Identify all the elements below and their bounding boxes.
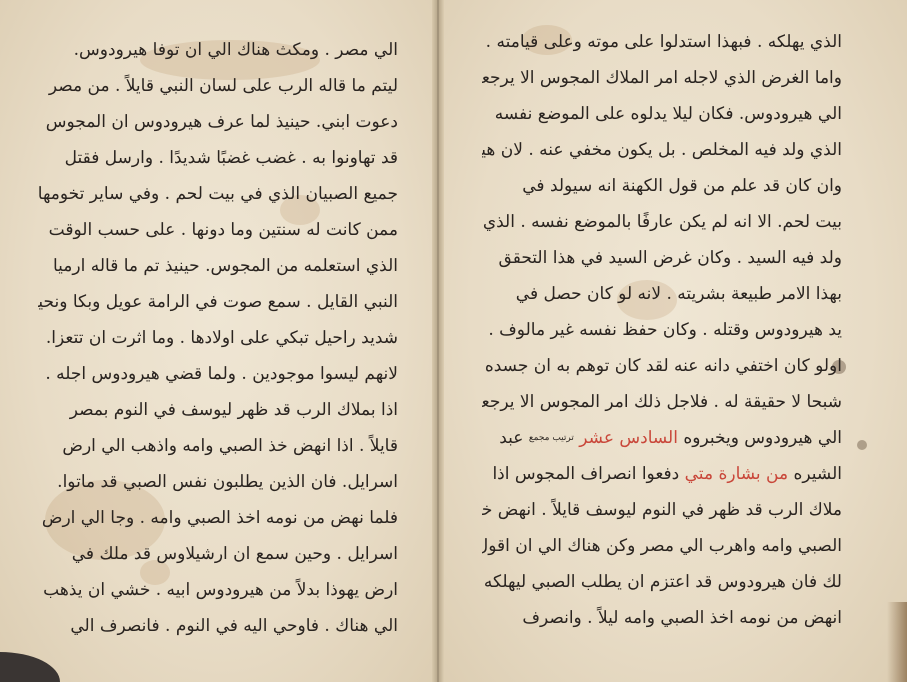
folio-edge: [887, 602, 907, 682]
text-line: ليتم ما قاله الرب على لسان النبي قايلاً …: [38, 68, 398, 104]
text-line: فلما نهض من نومه اخذ الصبي وامه . وجا ال…: [38, 500, 398, 536]
text-line: الذي استعلمه من المجوس. حينيذ تم ما قاله…: [38, 248, 398, 284]
manuscript-spread: الي مصر . ومكث هناك الي ان توفا هيرودوس.…: [0, 0, 907, 682]
text-line: الصبي وامه واهرب الي مصر وكن هناك الي ان…: [482, 528, 842, 564]
page-corner: [0, 652, 60, 682]
text-line: انهض من نومه اخذ الصبي وامه ليلاً . وانص…: [482, 600, 842, 636]
text-line: اسرايل. فان الذين يطلبون نفس الصبي قد ما…: [38, 464, 398, 500]
text-line: شديد راحيل تبكي على اولادها . وما اثرت ا…: [38, 320, 398, 356]
text-line: ممن كانت له سنتين وما دونها . على حسب ال…: [38, 212, 398, 248]
rubric-heading: السادس عشر: [579, 428, 678, 448]
rubric-line: الشيره من بشارة متي دفعوا انصراف المجوس …: [482, 456, 842, 492]
text-segment: عبد: [499, 428, 523, 448]
text-line: وان كان قد علم من قول الكهنة انه سيولد ف…: [482, 168, 842, 204]
text-line: قايلاً . اذا انهض خذ الصبي وامه واذهب ال…: [38, 428, 398, 464]
text-line: الذي ولد فيه المخلص . بل يكون مخفي عنه .…: [482, 132, 842, 168]
text-line: قد تهاونوا به . غضب غضبًا شديدًا . وارسل…: [38, 140, 398, 176]
text-segment: دفعوا انصراف المجوس اذا: [492, 464, 679, 484]
text-segment: الي هيرودوس ويخبروه: [683, 428, 842, 448]
text-line: بهذا الامر طبيعة بشريته . لانه لو كان حص…: [482, 276, 842, 312]
text-line: الي مصر . ومكث هناك الي ان توفا هيرودوس.: [38, 32, 398, 68]
text-line: جميع الصبيان الذي في بيت لحم . وفي ساير …: [38, 176, 398, 212]
rubric-source: من بشارة متي: [685, 464, 788, 484]
text-line: اولو كان اختفي دانه عنه لقد كان توهم به …: [482, 348, 842, 384]
text-line: النبي القايل . سمع صوت في الرامة عويل وب…: [38, 284, 398, 320]
text-line: الي هناك . فاوحي اليه في النوم . فانصرف …: [38, 608, 398, 644]
rubric-line: الي هيرودوس ويخبروه السادس عشر ترتيب مجم…: [482, 420, 842, 456]
text-line: لك فان هيرودوس قد اعتزم ان يطلب الصبي لي…: [482, 564, 842, 600]
text-line: ملاك الرب قد ظهر في النوم ليوسف قايلاً .…: [482, 492, 842, 528]
text-line: اذا بملاك الرب قد ظهر ليوسف في النوم بمص…: [38, 392, 398, 428]
left-page-text: الي مصر . ومكث هناك الي ان توفا هيرودوس.…: [38, 32, 398, 644]
binding-gutter: [432, 0, 444, 682]
text-line: دعوت ابني. حينيذ لما عرف هيرودوس ان المج…: [38, 104, 398, 140]
text-line: واما الغرض الذي لاجله امر الملاك المجوس …: [482, 60, 842, 96]
marginal-gloss: ترتيب مجمع: [529, 433, 574, 443]
text-line: ارض يهوذا بدلاً من هيرودوس ابيه . خشي ان…: [38, 572, 398, 608]
text-line: ولد فيه السيد . وكان غرض السيد في هذا ال…: [482, 240, 842, 276]
text-line: شبحا لا حقيقة له . فلاجل ذلك امر المجوس …: [482, 384, 842, 420]
text-line: يد هيرودوس وقتله . وكان حفظ نفسه غير مال…: [482, 312, 842, 348]
text-line: لانهم ليسوا موجودين . ولما قضي هيرودوس ا…: [38, 356, 398, 392]
text-line: الذي يهلكه . فبهذا استدلوا على موته وعلى…: [482, 24, 842, 60]
stain: [857, 440, 867, 450]
text-segment: الشيره: [794, 464, 843, 484]
text-line: بيت لحم. الا انه لم يكن عارفًا بالموضع ن…: [482, 204, 842, 240]
text-line: الي هيرودوس. فكان ليلا يدلوه على الموضع …: [482, 96, 842, 132]
text-line: اسرايل . وحين سمع ان ارشيلاوس قد ملك في: [38, 536, 398, 572]
right-page-text: الذي يهلكه . فبهذا استدلوا على موته وعلى…: [482, 24, 842, 636]
